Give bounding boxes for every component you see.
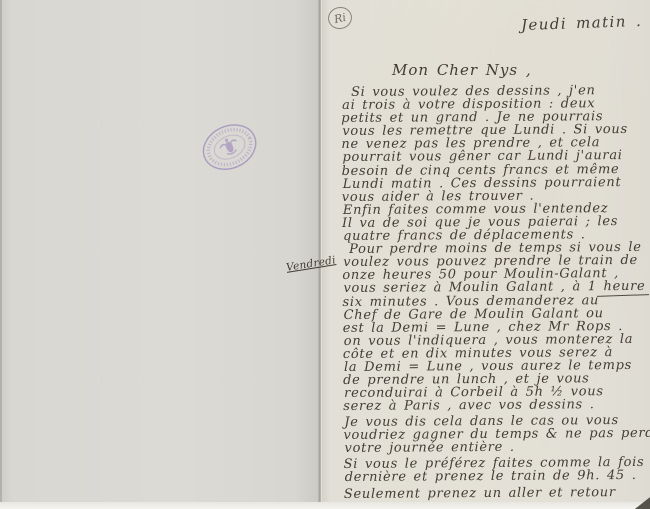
letter-line: votre journée entière . [344, 440, 650, 455]
letter-body: Si vous voulez des dessins , j'enai troi… [341, 84, 650, 502]
stamp-emblem [218, 135, 241, 157]
letter-line: serez à Paris , avec vos dessins . [343, 398, 650, 413]
center-fold-line [318, 0, 322, 503]
letter-scan: Ri Jeudi matin . Mon Cher Nys , Si vous … [0, 0, 650, 509]
left-page [0, 0, 320, 503]
letter-line: dernière et prenez le train de 9h. 45 . [345, 469, 650, 484]
backdrop-strip [0, 502, 650, 509]
letter-salutation: Mon Cher Nys , [392, 61, 532, 79]
page-edge-sliver [0, 0, 2, 503]
letter-line: Seulement prenez un aller et retour [344, 486, 650, 501]
catalog-mark-label: Ri [333, 10, 347, 25]
